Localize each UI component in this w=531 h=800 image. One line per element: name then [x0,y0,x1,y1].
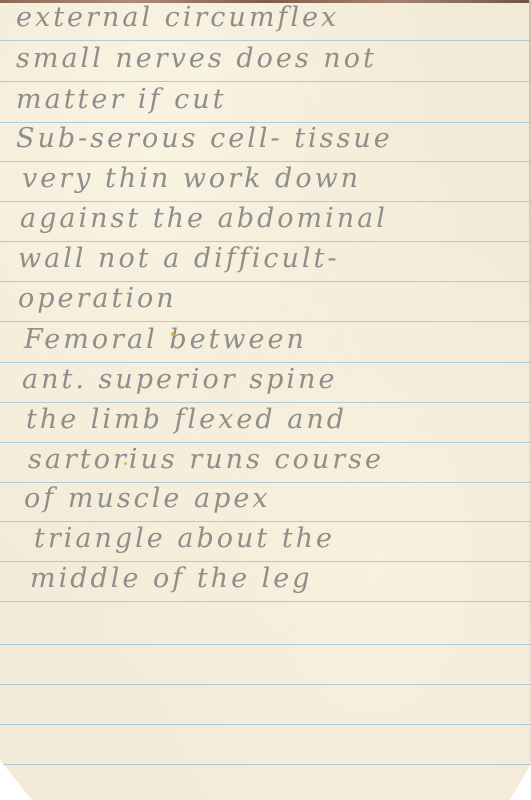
rule-line [0,601,531,602]
handwritten-text: external circumflex [16,0,339,38]
text-line: very thin work down [0,161,531,201]
rule-line [0,684,531,685]
handwritten-text: matter if cut [16,80,226,120]
text-line: operation [0,281,531,321]
text-line: triangle about the [0,521,531,561]
text-line: Sub-serous cell- tissue [0,121,531,161]
text-line: against the abdominal [0,201,531,241]
handwritten-text: middle of the leg [30,559,313,599]
rule-line [0,764,531,765]
text-line: wall not a difficult- [0,241,531,281]
text-line: ant. superior spine [0,362,531,402]
handwritten-text: against the abdominal [20,199,388,239]
handwritten-text: sartorius runs course [28,440,384,480]
notebook-page: external circumflex small nerves does no… [0,0,531,800]
handwritten-text: triangle about the [34,519,335,559]
handwritten-text: Femoral between [24,320,307,360]
handwritten-text: wall not a difficult- [18,239,339,279]
text-line: Femoral between [0,322,531,362]
paper-stain [124,462,127,465]
text-line: of muscle apex [0,481,531,521]
handwritten-text: ant. superior spine [22,360,337,400]
handwritten-text: very thin work down [22,159,361,199]
handwritten-text: small nerves does not [16,39,377,79]
text-line: the limb flexed and [0,402,531,442]
paper-stain [171,332,175,336]
handwritten-text: the limb flexed and [26,400,347,440]
text-line: middle of the leg [0,561,531,601]
handwritten-text: Sub-serous cell- tissue [16,119,393,159]
rule-line [0,644,531,645]
handwritten-text: of muscle apex [24,479,271,519]
handwritten-text: operation [18,279,177,319]
text-line: sartorius runs course [0,442,531,482]
text-line: external circumflex [0,0,531,40]
text-line: small nerves does not [0,41,531,81]
rule-line [0,724,531,725]
text-line: matter if cut [0,82,531,122]
